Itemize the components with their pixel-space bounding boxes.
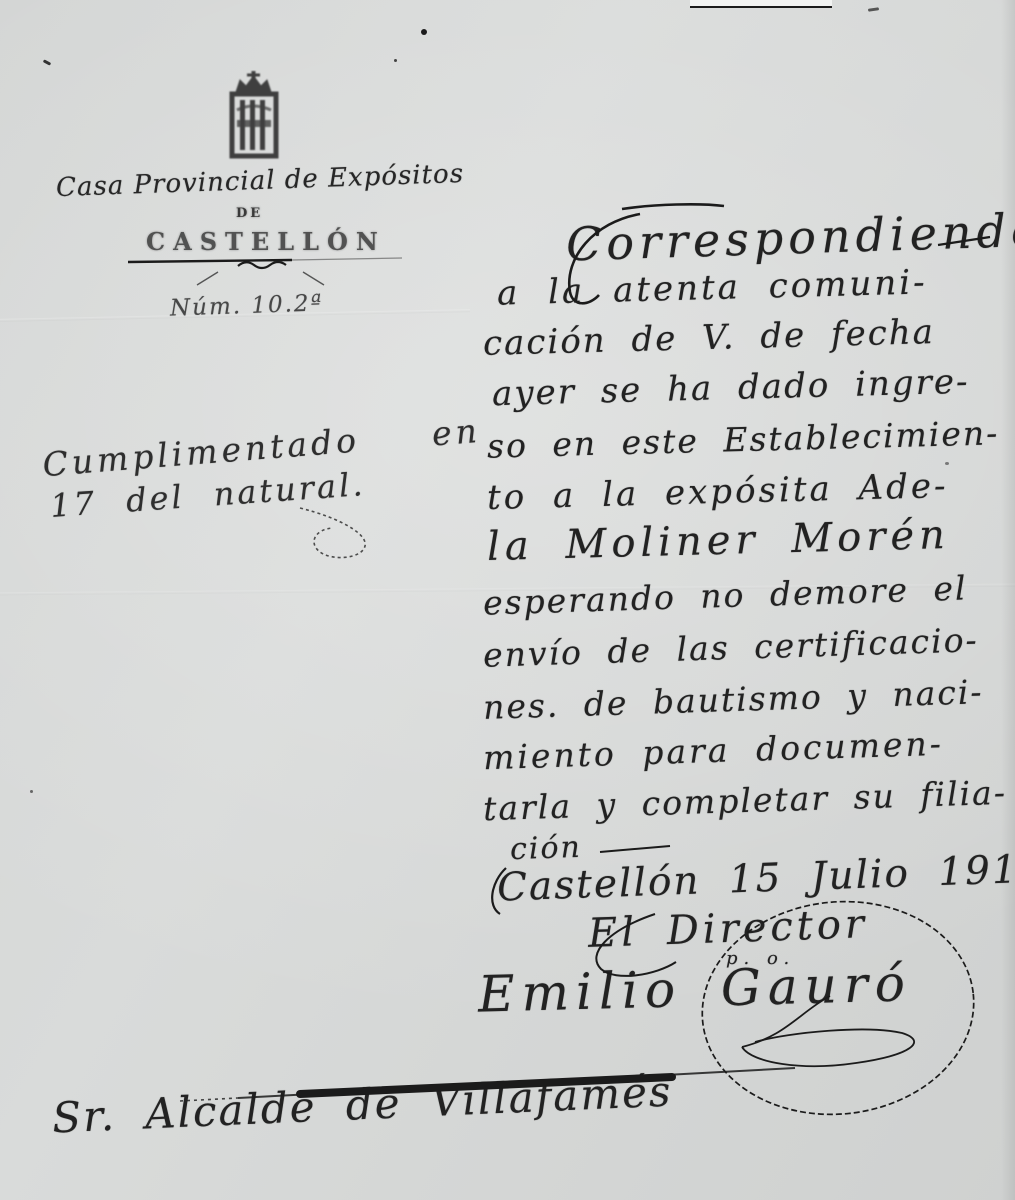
body-line-3: cación de V. de fecha xyxy=(483,312,936,364)
body-line-5: so en este Establecimien- xyxy=(487,413,1000,465)
body-line-12: tarla y completar su filia- xyxy=(483,773,1008,828)
page-edge-shadow xyxy=(1001,0,1015,1200)
paper-speck xyxy=(43,59,51,65)
body-line-2: a la atenta comuni- xyxy=(497,262,929,313)
body-line-4: ayer se ha dado ingre- xyxy=(492,362,970,414)
body-line-8: esperando no demore el xyxy=(483,568,969,622)
scan-edge-artifact xyxy=(690,0,832,8)
document-number: Núm. 10.2ª xyxy=(170,290,324,321)
body-line-1: Correspondiendo xyxy=(565,203,1015,272)
addressee-line: Sr. Alcalde de Villafamés xyxy=(51,1066,673,1142)
paper-speck xyxy=(394,59,397,62)
scanned-letter-page: Casa Provincial de Expósitos DE CASTELLÓ… xyxy=(0,0,1015,1200)
signature: Emilio Gauró xyxy=(477,954,912,1023)
org-name-line2: DE xyxy=(236,206,263,221)
paper-speck xyxy=(868,7,879,12)
paper-speck xyxy=(421,29,427,35)
coat-of-arms-icon xyxy=(207,70,303,168)
paper-speck xyxy=(945,462,949,465)
body-line-9: envío de las certificacio- xyxy=(483,620,980,675)
paper-speck xyxy=(30,790,33,793)
org-name-line3: CASTELLÓN xyxy=(146,227,386,256)
org-name-line1: Casa Provincial de Expósitos xyxy=(56,159,465,203)
body-line-11: miento para documen- xyxy=(483,724,945,777)
body-line-6: to a la expósita Ade- xyxy=(487,466,949,518)
body-line-7: la Moliner Morén xyxy=(486,512,950,570)
body-line-10: nes. de bautismo y naci- xyxy=(483,672,985,727)
body-line-13: ción xyxy=(509,830,582,867)
